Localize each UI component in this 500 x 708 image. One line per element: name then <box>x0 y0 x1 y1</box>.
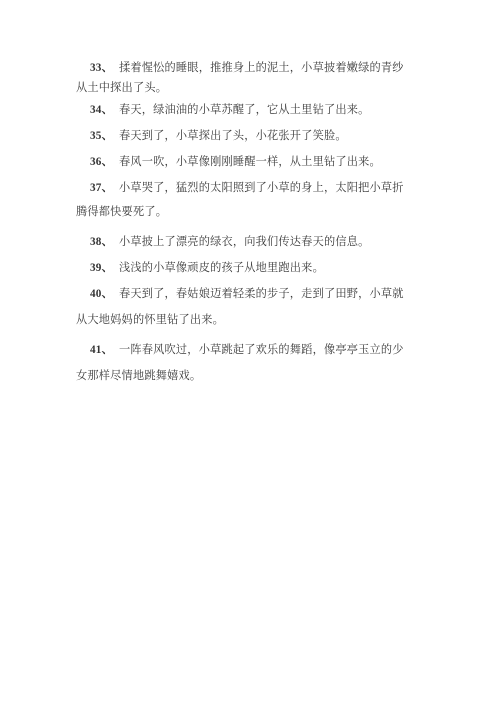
item-text: 揉着惺忪的睡眼，推推身上的泥土，小草披着嫩绿的青纱 <box>119 61 404 74</box>
list-item-41: 41、一阵春风吹过，小草跳起了欢乐的舞蹈，像亭亭玉立的少 女那样尽情地跳舞嬉戏。 <box>76 340 422 386</box>
item-number: 33、 <box>90 62 113 74</box>
list-item-38: 38、小草披上了漂亮的绿衣，向我们传达春天的信息。 <box>76 232 422 252</box>
item-line: 36、春风一吹，小草像刚刚睡醒一样，从土里钻了出来。 <box>76 152 422 172</box>
item-line: 39、浅浅的小草像顽皮的孩子从地里跑出来。 <box>76 258 422 278</box>
item-line: 从大地妈妈的怀里钻了出来。 <box>76 310 422 330</box>
item-number: 35、 <box>90 130 113 142</box>
item-number: 38、 <box>90 236 113 248</box>
item-number: 34、 <box>90 104 113 116</box>
list-item-35: 35、春天到了，小草探出了头，小花张开了笑脸。 <box>76 126 422 146</box>
item-number: 39、 <box>90 262 113 274</box>
item-line: 女那样尽情地跳舞嬉戏。 <box>76 366 422 386</box>
item-line: 38、小草披上了漂亮的绿衣，向我们传达春天的信息。 <box>76 232 422 252</box>
list-item-39: 39、浅浅的小草像顽皮的孩子从地里跑出来。 <box>76 258 422 278</box>
item-line: 40、春天到了，春姑娘迈着轻柔的步子，走到了田野，小草就 <box>76 284 422 304</box>
item-line: 41、一阵春风吹过，小草跳起了欢乐的舞蹈，像亭亭玉立的少 <box>76 340 422 360</box>
item-line: 33、揉着惺忪的睡眼，推推身上的泥土，小草披着嫩绿的青纱 <box>76 58 422 78</box>
item-line: 35、春天到了，小草探出了头，小花张开了笑脸。 <box>76 126 422 146</box>
list-item-34: 34、春天，绿油油的小草苏醒了，它从土里钻了出来。 <box>76 100 422 120</box>
list-item-37: 37、小草哭了，猛烈的太阳照到了小草的身上，太阳把小草折 腾得都快要死了。 <box>76 178 422 222</box>
list-item-40: 40、春天到了，春姑娘迈着轻柔的步子，走到了田野，小草就 从大地妈妈的怀里钻了出… <box>76 284 422 330</box>
item-number: 40、 <box>90 288 113 300</box>
item-line: 37、小草哭了，猛烈的太阳照到了小草的身上，太阳把小草折 <box>76 178 422 198</box>
item-line: 腾得都快要死了。 <box>76 202 422 222</box>
item-text: 春风一吹，小草像刚刚睡醒一样，从土里钻了出来。 <box>119 155 381 168</box>
item-text: 一阵春风吹过，小草跳起了欢乐的舞蹈，像亭亭玉立的少 <box>119 343 404 356</box>
item-text: 小草哭了，猛烈的太阳照到了小草的身上，太阳把小草折 <box>119 181 404 194</box>
document-page: 33、揉着惺忪的睡眼，推推身上的泥土，小草披着嫩绿的青纱 从土中探出了头。 34… <box>0 0 500 708</box>
list-item-36: 36、春风一吹，小草像刚刚睡醒一样，从土里钻了出来。 <box>76 152 422 172</box>
item-number: 36、 <box>90 156 113 168</box>
item-number: 37、 <box>90 182 113 194</box>
item-text: 春天到了，春姑娘迈着轻柔的步子，走到了田野，小草就 <box>119 287 404 300</box>
item-text: 浅浅的小草像顽皮的孩子从地里跑出来。 <box>119 261 324 274</box>
item-text: 小草披上了漂亮的绿衣，向我们传达春天的信息。 <box>119 235 370 248</box>
list-item-33: 33、揉着惺忪的睡眼，推推身上的泥土，小草披着嫩绿的青纱 从土中探出了头。 <box>76 58 422 98</box>
item-text: 春天到了，小草探出了头，小花张开了笑脸。 <box>119 129 347 142</box>
item-line: 从土中探出了头。 <box>76 78 422 98</box>
item-text: 春天，绿油油的小草苏醒了，它从土里钻了出来。 <box>119 103 370 116</box>
item-line: 34、春天，绿油油的小草苏醒了，它从土里钻了出来。 <box>76 100 422 120</box>
item-number: 41、 <box>90 344 113 356</box>
